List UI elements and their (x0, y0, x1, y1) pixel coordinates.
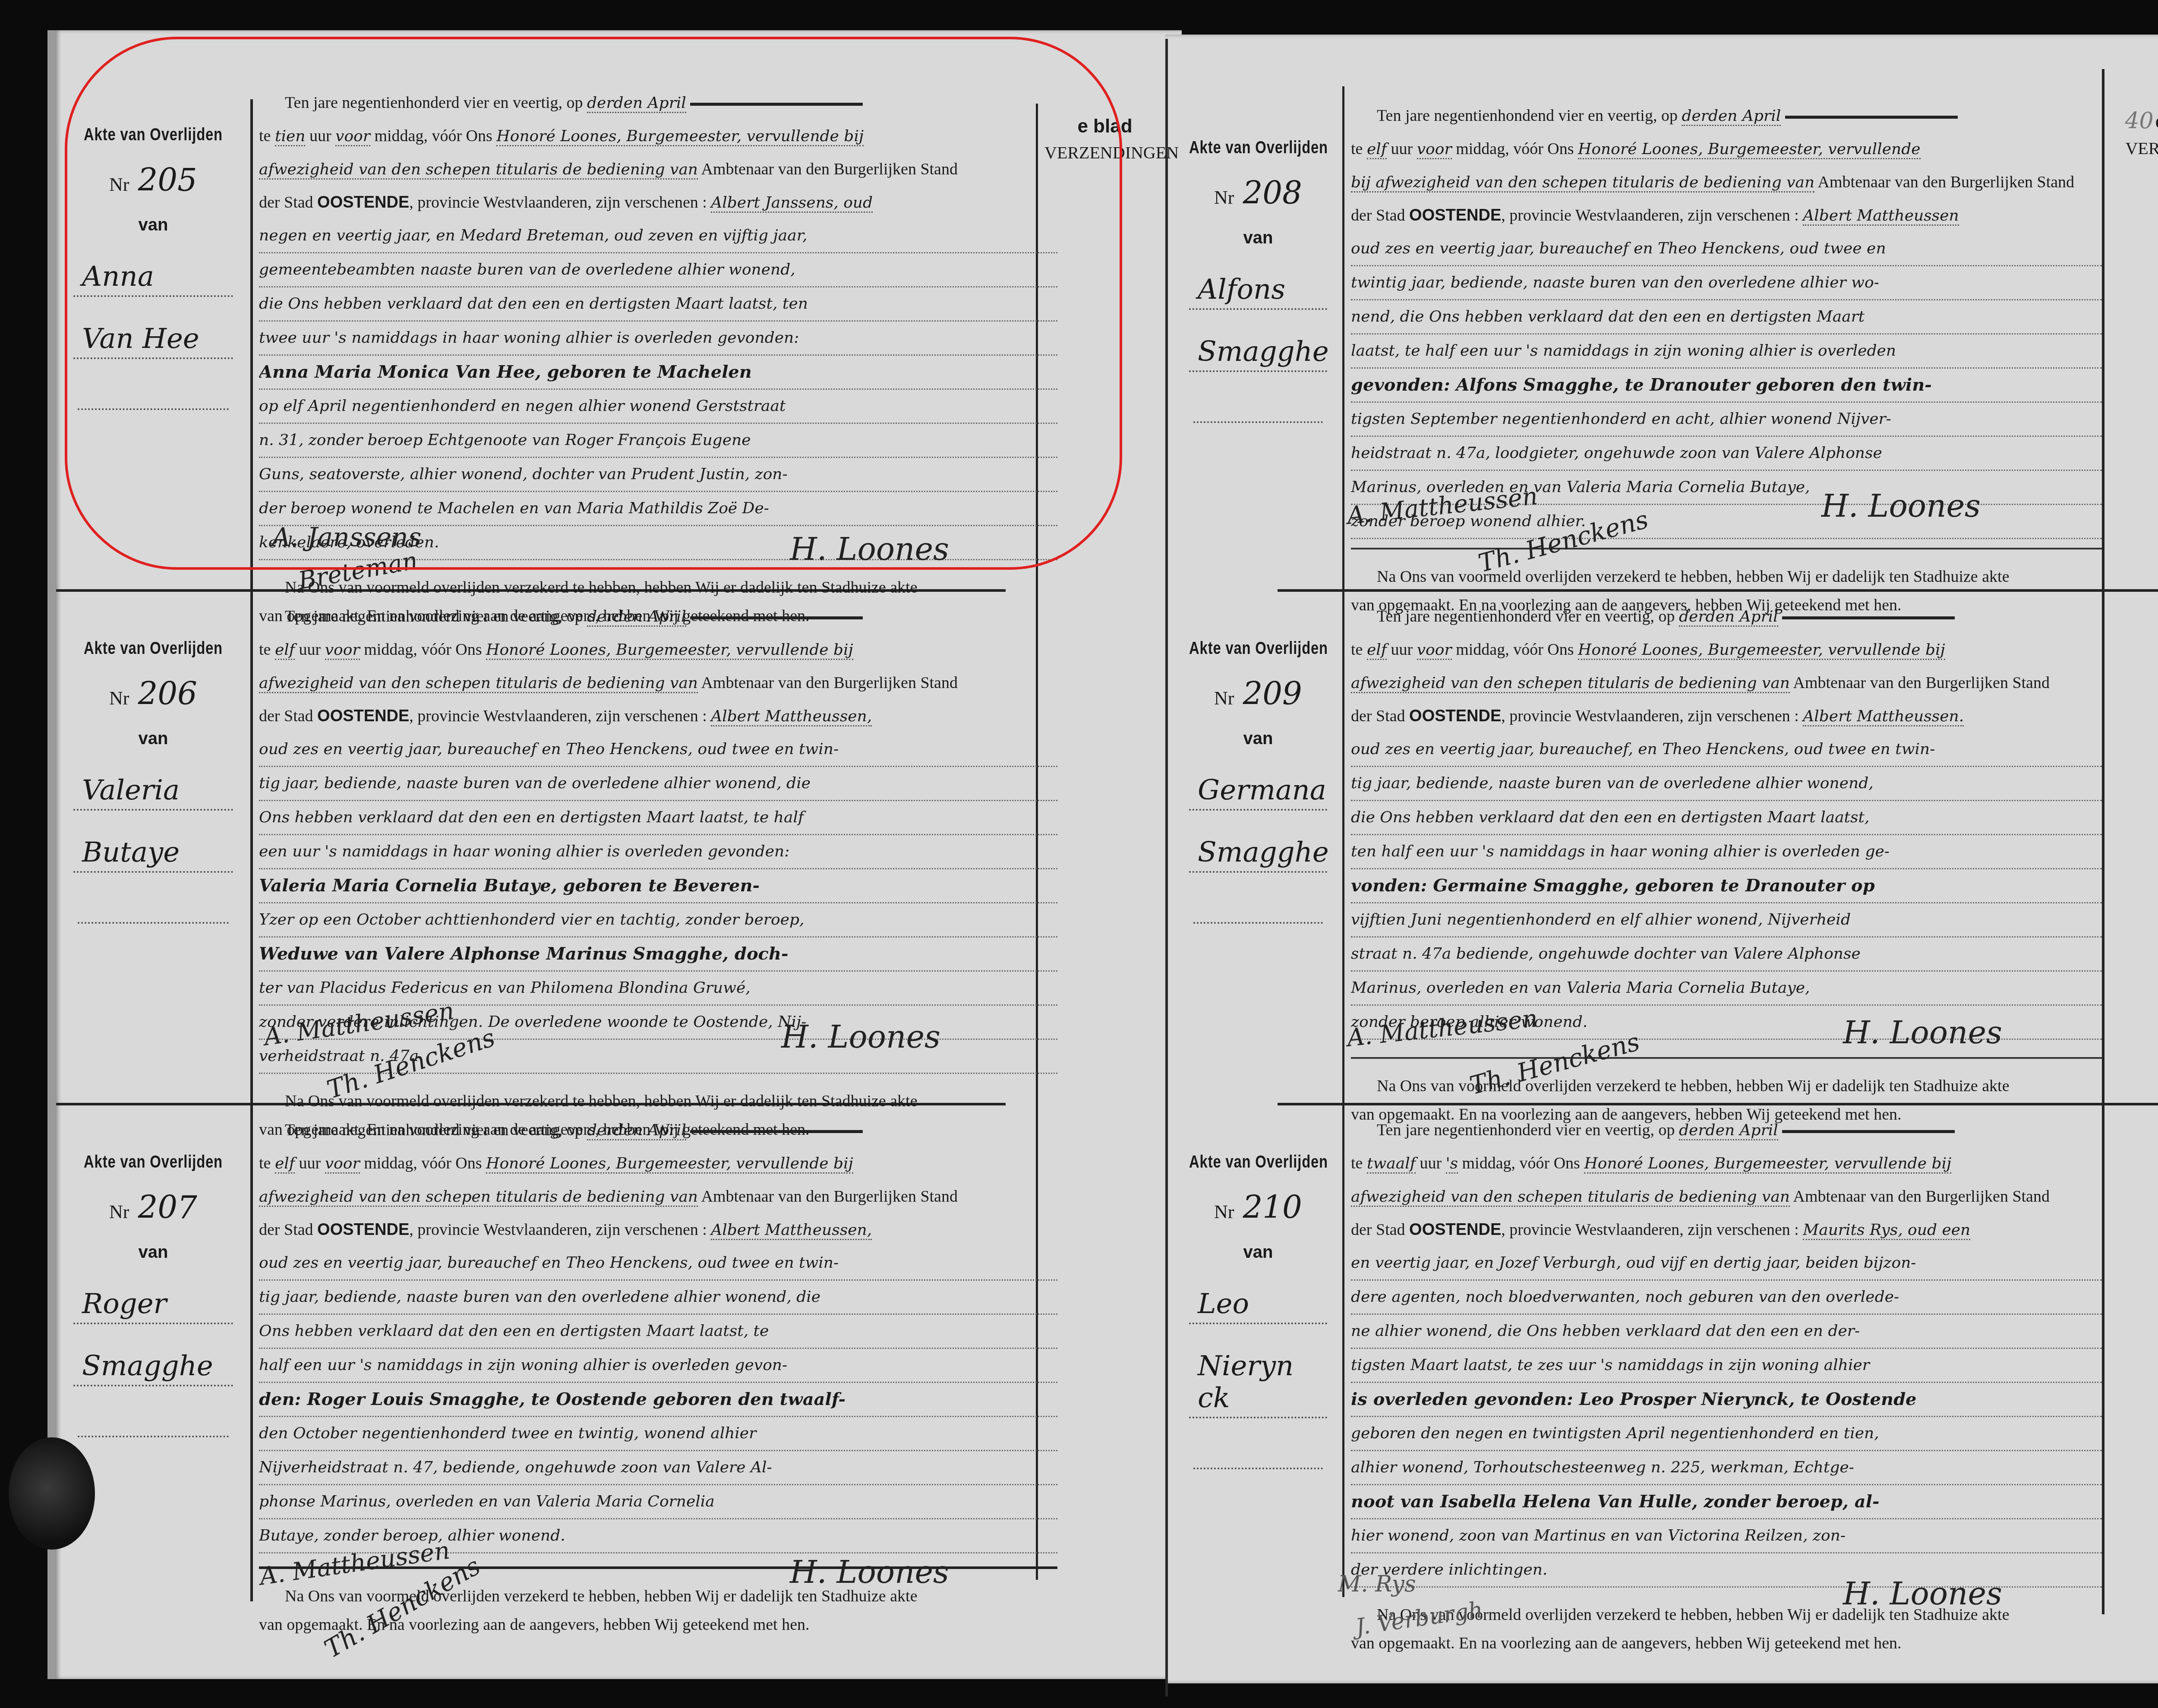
blank-name-line (78, 407, 229, 410)
van-label: van (56, 729, 250, 748)
printed-text: , provincie Westvlaanderen, zijn versche… (409, 193, 711, 212)
city-name: OOSTENDE (1409, 1221, 1501, 1239)
handwritten-line: hier wonend, zoon van Martinus en van Vi… (1351, 1519, 2102, 1553)
record-number-value: 206 (138, 676, 197, 712)
city-name: OOSTENDE (1409, 206, 1501, 224)
closing-line-1: Na Ons van voormeld overlijden verzekerd… (259, 1087, 1057, 1115)
blank-name-line (1193, 420, 1323, 423)
record-number-value: 208 (1243, 175, 1302, 211)
handwritten-line: twee uur 's namiddags in haar woning alh… (259, 322, 1057, 356)
van-label: van (1174, 729, 1342, 748)
blad-label: e blad (2155, 111, 2158, 133)
printed-text: , provincie Westvlaanderen, zijn versche… (1501, 206, 1803, 224)
nr-label: Nr (109, 1201, 129, 1222)
record-line: afwezigheid van den schepen titularis de… (1351, 666, 2102, 700)
handwritten-line: Marinus, overleden en van Valeria Maria … (1351, 972, 2102, 1006)
handwritten-witness: Albert Mattheussen (1803, 207, 1959, 226)
record-number-value: 210 (1243, 1189, 1302, 1225)
record-margin: Akte van Overlijden Nr205 van Anna Van H… (56, 86, 250, 583)
printed-text: te (259, 127, 275, 145)
handwritten-official: Honoré Loones, Burgemeester, vervullende… (1584, 1155, 1951, 1174)
printed-text: uur (1387, 641, 1417, 659)
handwritten-text: afwezigheid van den schepen titularis de… (1351, 1188, 1790, 1207)
handwritten-hour: twaalf (1367, 1155, 1416, 1174)
printed-text: middag, vóór Ons (370, 127, 496, 145)
printed-text: der Stad (1351, 206, 1409, 224)
end-rule (690, 103, 863, 106)
akte-title: Akte van Overlijden (1189, 639, 1327, 658)
handwritten-line: noot van Isabella Helena Van Hulle, zond… (1351, 1485, 2102, 1519)
handwritten-official: Honoré Loones, Burgemeester, vervullende… (486, 641, 853, 660)
end-rule (1785, 116, 1958, 119)
handwritten-date: derden April (1679, 1121, 1778, 1140)
record-line: te tien uur voor middag, vóór Ons Honoré… (259, 120, 1057, 153)
deceased-first-name: Valeria (73, 774, 233, 811)
handwritten-line: oud zes en veertig jaar, bureauchef en T… (259, 1247, 1057, 1281)
handwritten-line: gevonden: Alfons Smagghe, te Dranouter g… (1351, 369, 2102, 403)
akte-title: Akte van Overlijden (74, 125, 233, 145)
handwritten-line: straat n. 47a bediende, ongehuwde dochte… (1351, 938, 2102, 972)
record-line: te elf uur voor middag, vóór Ons Honoré … (1351, 633, 2102, 666)
nr-label: Nr (1214, 1201, 1234, 1222)
record-margin: Akte van Overlijden Nr209 van Germana Sm… (1174, 600, 1342, 1096)
signature-official: H. Loones (790, 1554, 949, 1590)
akte-title: Akte van Overlijden (1189, 1152, 1327, 1172)
record-margin: Akte van Overlijden Nr210 van Leo Nieryn… (1174, 1114, 1342, 1653)
blank-name-line (1193, 920, 1323, 924)
record-margin: Akte van Overlijden Nr206 van Valeria Bu… (56, 600, 250, 1096)
blad-label: e blad (1077, 116, 1132, 137)
closing-line-1: Na Ons van voormeld overlijden verzekerd… (1351, 1072, 2102, 1100)
book-gutter (1165, 39, 1168, 1696)
handwritten-line: tig jaar, bediende, naaste buren van den… (259, 1281, 1057, 1315)
handwritten-line: vijftien Juni negentienhonderd en elf al… (1351, 903, 2102, 938)
handwritten-hour: tien (275, 127, 305, 146)
death-record-210: Akte van Overlijden Nr210 van Leo Nieryn… (1174, 1114, 2102, 1653)
signature-witness-1: A. Janssens (272, 522, 421, 552)
printed-text: te (1351, 1154, 1367, 1172)
van-label: van (1174, 1243, 1342, 1262)
handwritten-line: Ons hebben verklaard dat den een en dert… (259, 1315, 1057, 1349)
printed-text: , provincie Westvlaanderen, zijn versche… (1501, 1221, 1803, 1239)
deceased-last-name: Smagghe (73, 1350, 233, 1386)
handwritten-line: geboren den negen en twintigsten April n… (1351, 1417, 2102, 1451)
printed-text: , provincie Westvlaanderen, zijn versche… (1501, 707, 1803, 725)
handwritten-hour: elf (1367, 140, 1387, 159)
signature-official: H. Loones (781, 1019, 940, 1055)
handwritten-line: en veertig jaar, en Jozef Verburgh, oud … (1351, 1247, 2102, 1281)
handwritten-line: Weduwe van Valere Alphonse Marinus Smagg… (259, 938, 1057, 972)
handwritten-line: n. 31, zonder beroep Echtgenoote van Rog… (259, 424, 1057, 458)
deceased-last-name: Smagghe (1189, 837, 1327, 873)
handwritten-hour: elf (275, 641, 295, 660)
handwritten-line: alhier wonend, Torhoutschesteenweg n. 22… (1351, 1451, 2102, 1485)
handwritten-line: ten half een uur 's namiddags in haar wo… (1351, 835, 2102, 869)
handwritten-date: derden April (587, 94, 686, 113)
printed-text: der Stad (259, 1221, 317, 1239)
record-number: Nr207 (56, 1189, 250, 1225)
handwritten-witness: Maurits Rys, oud een (1803, 1221, 1970, 1240)
printed-text: der Stad (259, 193, 317, 212)
record-line: der Stad OOSTENDE, provincie Westvlaande… (1351, 199, 2102, 232)
nr-label: Nr (1214, 187, 1234, 208)
handwritten-text: afwezigheid van den schepen titularis de… (259, 161, 698, 180)
record-line: bij afwezigheid van den schepen titulari… (1351, 166, 2102, 199)
printed-text: Ambtenaar van den Burgerlijken Stand (1790, 674, 2050, 692)
printed-text: te (1351, 641, 1367, 659)
handwritten-line: ter van Placidus Federicus en van Philom… (259, 972, 1057, 1006)
handwritten-line: oud zes en veertig jaar, bureauchef en T… (1351, 232, 2102, 266)
handwritten-line: Anna Maria Monica Van Hee, geboren te Ma… (259, 356, 1057, 390)
printed-text: Ambtenaar van den Burgerlijken Stand (698, 1187, 958, 1206)
handwritten-line: den: Roger Louis Smagghe, te Oostende ge… (259, 1383, 1057, 1417)
printed-text: der Stad (1351, 707, 1409, 725)
handwritten-line: gemeentebeambten naaste buren van de ove… (259, 253, 1057, 287)
handwritten-line: tigsten September negentienhonderd en ac… (1351, 403, 2102, 437)
handwritten-line: Yzer op een October achttienhonderd vier… (259, 903, 1057, 938)
record-margin: Akte van Overlijden Nr208 van Alfons Sma… (1174, 99, 1342, 583)
printed-text: Ambtenaar van den Burgerlijken Stand (698, 160, 958, 178)
handwritten-line: phonse Marinus, overleden en van Valeria… (259, 1485, 1057, 1519)
handwritten-line: een uur 's namiddags in haar woning alhi… (259, 835, 1057, 869)
record-margin: Akte van Overlijden Nr207 van Roger Smag… (56, 1114, 250, 1653)
city-name: OOSTENDE (1409, 707, 1501, 725)
record-line: te elf uur voor middag, vóór Ons Honoré … (259, 1147, 1057, 1180)
death-record-209: Akte van Overlijden Nr209 van Germana Sm… (1174, 600, 2102, 1096)
printed-text: der Stad (259, 707, 317, 725)
handwritten-line: die Ons hebben verklaard dat den een en … (259, 287, 1057, 322)
section-rule (1351, 548, 2102, 549)
record-line: der Stad OOSTENDE, provincie Westvlaande… (259, 1213, 1057, 1247)
signature-official: H. Loones (790, 531, 949, 567)
blank-name-line (78, 920, 229, 924)
deceased-first-name: Leo (1189, 1288, 1327, 1324)
end-rule (1782, 1130, 1955, 1133)
printed-text: Ten jare negentienhondend vier en veerti… (1377, 107, 1682, 125)
death-record-205: Akte van Overlijden Nr205 van Anna Van H… (56, 86, 1036, 583)
handwritten-line: tig jaar, bediende, naaste buren van de … (1351, 767, 2102, 801)
handwritten-official: Honoré Loones, Burgemeester, vervullende (1578, 140, 1921, 159)
printed-text: Ten jare negentienhonderd vier en veerti… (1377, 1121, 1679, 1139)
van-label: van (56, 1243, 250, 1262)
closing-line-1: Na Ons van voormeld overlijden verzekerd… (1351, 562, 2102, 591)
van-label: van (1174, 228, 1342, 248)
handwritten-text: afwezigheid van den schepen titularis de… (1351, 674, 1790, 693)
record-line: Ten jare negentienhonderd vier en veerti… (259, 86, 1057, 120)
death-record-207: Akte van Overlijden Nr207 van Roger Smag… (56, 1114, 1036, 1653)
signature-official: H. Loones (1843, 1575, 2002, 1612)
akte-title: Akte van Overlijden (1189, 138, 1327, 158)
record-line: der Stad OOSTENDE, provincie Westvlaande… (259, 700, 1057, 733)
handwritten-line: Nijverheidstraat n. 47, bediende, ongehu… (259, 1451, 1057, 1485)
left-verzendingen-margin: e blad VERZENDINGEN (1044, 112, 1165, 163)
printed-text: middag, vóór Ons (360, 641, 486, 659)
printed-text: Ambtenaar van den Burgerlijken Stand (698, 674, 958, 692)
printed-text: Ten jare negentienhonderd vier en veerti… (1377, 607, 1679, 625)
handwritten-hour: elf (1367, 641, 1387, 660)
deceased-first-name: Germana (1189, 774, 1327, 811)
handwritten-hour: elf (275, 1155, 295, 1174)
handwritten-line: die Ons hebben verklaard dat den een en … (1351, 801, 2102, 835)
handwritten-date: derden April (1682, 107, 1781, 126)
printed-text: , provincie Westvlaanderen, zijn versche… (409, 1221, 711, 1239)
blank-name-line (78, 1434, 229, 1437)
handwritten-line: tigsten Maart laatst, te zes uur 's nami… (1351, 1349, 2102, 1383)
handwritten-text: 's (1446, 1155, 1458, 1174)
printed-text: te (259, 641, 275, 659)
handwritten-line: nend, die Ons hebben verklaard dat den e… (1351, 300, 2102, 335)
handwritten-line: oud zes en veertig jaar, bureauchef, en … (1351, 733, 2102, 767)
verzendingen-label: VERZENDINGEN (1044, 142, 1165, 163)
death-record-206: Akte van Overlijden Nr206 van Valeria Bu… (56, 600, 1036, 1096)
deceased-last-name: Butaye (73, 837, 233, 873)
handwritten-line: dere agenten, noch bloedverwanten, noch … (1351, 1281, 2102, 1315)
handwritten-line: ne alhier wonend, die Ons hebben verklaa… (1351, 1315, 2102, 1349)
record-line: afwezigheid van den schepen titularis de… (1351, 1180, 2102, 1213)
handwritten-line: twintig jaar, bediende, naaste buren van… (1351, 266, 2102, 300)
record-number: Nr210 (1174, 1189, 1342, 1225)
printed-text: middag, vóór Ons (1452, 140, 1578, 158)
end-rule (1782, 616, 1955, 619)
handwritten-date: derden April (587, 608, 686, 627)
handwritten-line: vonden: Germaine Smagghe, geboren te Dra… (1351, 869, 2102, 903)
handwritten-official: Honoré Loones, Burgemeester, vervullende… (486, 1155, 853, 1174)
nr-label: Nr (109, 174, 129, 195)
blad-number: 40 (2125, 108, 2153, 134)
akte-title: Akte van Overlijden (74, 639, 233, 658)
printed-text: Ten jare negentienhonderd vier en veerti… (285, 607, 587, 625)
end-rule (690, 616, 863, 619)
handwritten-text: voor (1417, 140, 1452, 159)
handwritten-line: der beroep wonend te Machelen en van Mar… (259, 492, 1057, 526)
handwritten-line: laatst, te half een uur 's namiddags in … (1351, 335, 2102, 369)
printed-text: der Stad (1351, 1221, 1409, 1239)
handwritten-date: derden April (1679, 608, 1778, 627)
deceased-last-name: Van Hee (73, 323, 233, 359)
record-line: Ten jare negentienhonderd vier en veerti… (1351, 1114, 2102, 1147)
city-name: OOSTENDE (317, 707, 409, 725)
printed-text: uur (295, 641, 325, 659)
printed-text: uur (1416, 1154, 1446, 1172)
deceased-last-name: Nieryn ck (1189, 1350, 1327, 1418)
section-rule (1351, 1057, 2102, 1059)
printed-text: middag, vóór Ons (1452, 641, 1578, 659)
handwritten-witness: Albert Janssens, oud (711, 194, 873, 213)
record-line: Ten jare negentienhonderd vier en veerti… (1351, 600, 2102, 633)
handwritten-official: Honoré Loones, Burgemeester, vervullende… (496, 127, 864, 146)
deceased-first-name: Roger (73, 1288, 233, 1324)
handwritten-line: negen en veertig jaar, en Medard Bretema… (259, 219, 1057, 253)
record-number: Nr205 (56, 162, 250, 198)
handwritten-line: op elf April negentienhonderd en negen a… (259, 390, 1057, 424)
handwritten-line: oud zes en veertig jaar, bureauchef en T… (259, 733, 1057, 767)
signature-witness-1: M. Rys (1338, 1571, 1416, 1597)
printed-text: uur (295, 1154, 325, 1172)
handwritten-line: Ons hebben verklaard dat den een en dert… (259, 801, 1057, 835)
record-line: Ten jare negentienhondend vier en veerti… (1351, 99, 2102, 133)
record-line: te elf uur voor middag, vóór Ons Honoré … (259, 633, 1057, 666)
handwritten-line: tig jaar, bediende, naaste buren van de … (259, 767, 1057, 801)
record-line: der Stad OOSTENDE, provincie Westvlaande… (1351, 700, 2102, 733)
blank-name-line (1193, 1466, 1323, 1469)
record-line: afwezigheid van den schepen titularis de… (259, 666, 1057, 700)
printed-text: Ten jare negentienhonderd vier en veerti… (285, 1121, 587, 1139)
signature-official: H. Loones (1843, 1014, 2002, 1051)
deceased-first-name: Anna (73, 261, 233, 297)
record-body: Ten jare negentienhondend vier en veerti… (1351, 99, 2102, 619)
record-number-value: 205 (138, 162, 197, 198)
akte-title: Akte van Overlijden (74, 1152, 233, 1172)
record-line: Ten jare negentienhonderd vier en veerti… (259, 600, 1057, 633)
printed-text: uur (1387, 140, 1417, 158)
printed-text: te (259, 1154, 275, 1172)
handwritten-line: is overleden gevonden: Leo Prosper Niery… (1351, 1383, 2102, 1417)
handwritten-text: voor (325, 641, 360, 660)
handwritten-text: voor (1417, 641, 1452, 660)
handwritten-witness: Albert Mattheussen, (711, 1221, 872, 1240)
handwritten-text: afwezigheid van den schepen titularis de… (259, 674, 698, 693)
record-number: Nr206 (56, 676, 250, 712)
record-number-value: 207 (138, 1189, 197, 1225)
record-line: afwezigheid van den schepen titularis de… (259, 1180, 1057, 1213)
right-verzendingen-margin: 40 e blad f.Rkz VERZENDINGEN (2111, 108, 2158, 158)
record-line: te twaalf uur 's middag, vóór Ons Honoré… (1351, 1147, 2102, 1180)
printed-text: Ambtenaar van den Burgerlijken Stand (1814, 173, 2074, 191)
record-line: afwezigheid van den schepen titularis de… (259, 153, 1057, 186)
handwritten-text: voor (335, 127, 370, 146)
printed-text: Ambtenaar van den Burgerlijken Stand (1790, 1187, 2050, 1206)
nr-label: Nr (109, 688, 129, 709)
record-line: der Stad OOSTENDE, provincie Westvlaande… (259, 186, 1057, 219)
record-number: Nr208 (1174, 175, 1342, 211)
verzendingen-label: VERZENDINGEN (2111, 138, 2158, 158)
record-line: der Stad OOSTENDE, provincie Westvlaande… (1351, 1213, 2102, 1247)
record-line: Ten jare negentienhonderd vier en veerti… (259, 1114, 1057, 1147)
handwritten-text: voor (325, 1155, 360, 1174)
printed-text: middag, vóór Ons (1458, 1154, 1584, 1172)
record-line: te elf uur voor middag, vóór Ons Honoré … (1351, 133, 2102, 166)
handwritten-text: bij afwezigheid van den schepen titulari… (1351, 174, 1814, 193)
handwritten-official: Honoré Loones, Burgemeester, vervullende… (1578, 641, 1945, 660)
handwritten-witness: Albert Mattheussen. (1803, 707, 1964, 726)
handwritten-text: afwezigheid van den schepen titularis de… (259, 1188, 698, 1207)
record-number-value: 209 (1243, 676, 1302, 712)
closing-line-2: van opgemaakt. En na voorlezing aan de a… (1351, 1629, 2102, 1657)
deceased-last-name: Smagghe (1189, 336, 1327, 372)
death-record-208: Akte van Overlijden Nr208 van Alfons Sma… (1174, 99, 2102, 583)
city-name: OOSTENDE (317, 1221, 409, 1239)
handwritten-line: Valeria Maria Cornelia Butaye, geboren t… (259, 869, 1057, 903)
printed-text: , provincie Westvlaanderen, zijn versche… (409, 707, 711, 725)
printed-text: middag, vóór Ons (360, 1154, 486, 1172)
city-name: OOSTENDE (317, 193, 409, 212)
end-rule (690, 1130, 863, 1133)
handwritten-line: den October negentienhonderd twee en twi… (259, 1417, 1057, 1451)
signature-official: H. Loones (1821, 488, 1981, 524)
handwritten-line: half een uur 's namiddags in zijn woning… (259, 1349, 1057, 1383)
handwritten-date: derden April (587, 1121, 686, 1140)
printed-text: te (1351, 140, 1367, 158)
printed-text: uur (305, 127, 335, 145)
record-number: Nr209 (1174, 676, 1342, 712)
nr-label: Nr (1214, 688, 1234, 709)
handwritten-line: heidstraat n. 47a, loodgieter, ongehuwde… (1351, 437, 2102, 471)
handwritten-line: Guns, seatoverste, alhier wonend, dochte… (259, 458, 1057, 492)
van-label: van (56, 215, 250, 235)
handwritten-witness: Albert Mattheussen, (711, 707, 872, 726)
deceased-first-name: Alfons (1189, 274, 1327, 310)
right-page-margin-divider (2102, 69, 2104, 1614)
printed-text: Ten jare negentienhonderd vier en veerti… (285, 94, 587, 112)
